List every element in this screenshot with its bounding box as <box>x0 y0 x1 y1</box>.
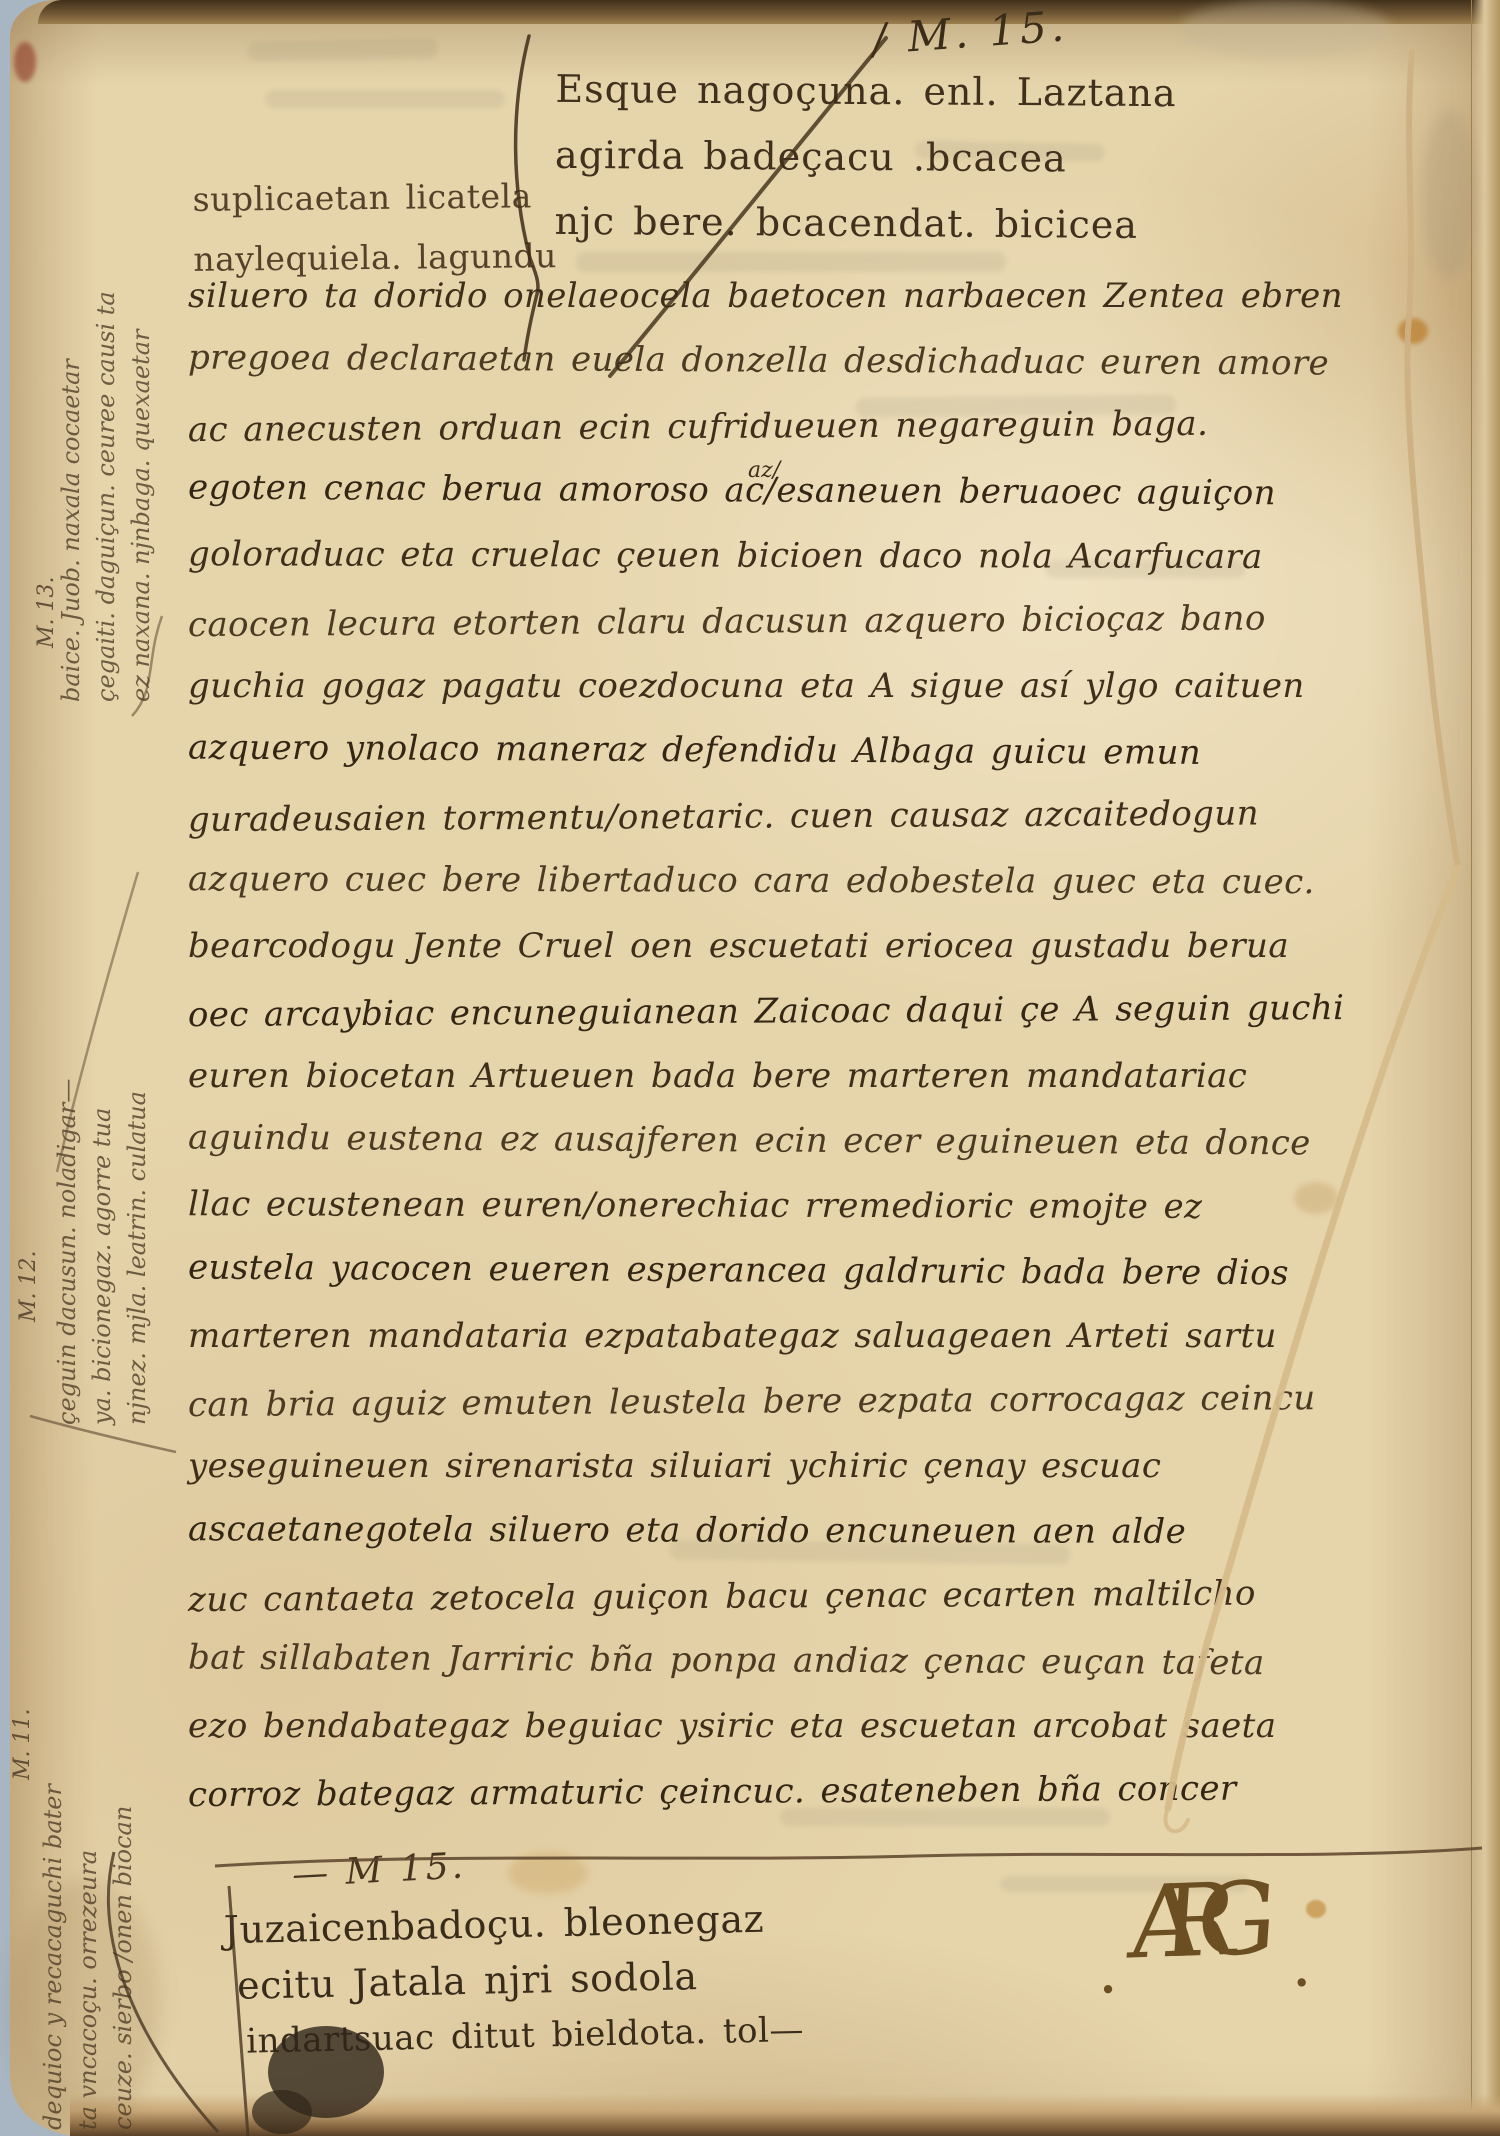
stain <box>508 1852 588 1894</box>
stain <box>14 42 36 82</box>
verse-left-block: suplicaetan licatela naylequiela. lagund… <box>192 166 557 290</box>
body-line: guradeusaien tormentu/onetaric. cuen cau… <box>188 792 1500 865</box>
body-line: ascaetanegotela siluero eta dorido encun… <box>188 1509 1500 1577</box>
margin-note-group-2: çeguin dacusun. noladigar— ya. bicionega… <box>50 945 155 1425</box>
verse-left-line: suplicaetan licatela <box>192 166 556 230</box>
interlinear-insertion: az/ <box>748 458 780 483</box>
body-line: can bria aguiz emuten leustela bere ezpa… <box>188 1377 1500 1450</box>
body-line: oec arcaybiac encuneguianean Zaicoac daq… <box>188 987 1500 1060</box>
bleed-through-mark <box>248 38 438 61</box>
margin-note-label-2: M. 12. <box>16 1251 41 1323</box>
stain <box>1422 110 1476 280</box>
body-line: caocen lecura etorten claru dacusun azqu… <box>188 597 1500 670</box>
monogram-signature: .ARG. <box>1094 1858 1313 2008</box>
margin-note-group-1: baice. Juob. naxala cocaetar çegaiti. da… <box>54 210 159 702</box>
margin-note-line: çeguin dacusun. noladigar— <box>50 945 85 1425</box>
body-line: corroz bategaz armaturic çeincuc. esaten… <box>188 1767 1500 1840</box>
margin-note-label-1: M. 13. <box>34 577 59 649</box>
body-line: eustela yacocen eueren esperancea galdru… <box>188 1248 1500 1320</box>
stain <box>1180 0 1390 58</box>
verse-right-line: agirda badeçacu .bcacea <box>555 122 1177 192</box>
verse-right-line: njc bere. bcacendat. bicicea <box>554 188 1176 258</box>
body-line: llac ecustenean euren/onerechiac rremedi… <box>188 1184 1500 1252</box>
verse-right-line: Esque nagoçuna. enl. Laztana <box>555 56 1177 126</box>
margin-note-line: njnez. mjla. leatrin. culatua <box>120 945 155 1425</box>
folio-mark-bottom: — M 15. <box>291 1845 467 1895</box>
bleed-through-mark <box>265 90 505 108</box>
signature-dot: . <box>1096 1934 1119 2009</box>
margin-note-line: ta vncacoçu. orrezeura <box>71 1470 106 2130</box>
body-line: goloraduac eta cruelac çeuen bicioen dac… <box>188 534 1500 602</box>
body-line: ezo bendabategaz beguiac ysiric eta escu… <box>188 1706 1500 1771</box>
body-line: euren biocetan Artueuen bada bere marter… <box>188 1056 1500 1121</box>
body-line: guchia gogaz pagatu coezdocuna eta A sig… <box>188 666 1500 731</box>
body-line: siluero ta dorido onelaeocela baetocen n… <box>188 276 1500 341</box>
body-line: aguindu eustena ez ausajferen ecin ecer … <box>188 1118 1500 1190</box>
margin-note-line: ceuze. sierbo /onen biocan <box>106 1470 141 2130</box>
page-stack-edge-bottom <box>70 2094 1500 2136</box>
manuscript-page: suplicaetan licatela naylequiela. lagund… <box>10 0 1500 2136</box>
body-line: azquero ynolaco maneraz defendidu Albaga… <box>188 728 1500 800</box>
margin-note-line: baice. Juob. naxala cocaetar <box>54 210 89 702</box>
bottom-verse-line: indartsuac ditut bieldota. tol— <box>246 2002 805 2070</box>
signature-initials: ARG <box>1126 1861 1242 1982</box>
body-line: zuc cantaeta zetocela guiçon bacu çenac … <box>188 1572 1500 1645</box>
body-line: azquero cuec bere libertaduco cara edobe… <box>188 859 1500 927</box>
body-line: yeseguineuen sirenarista siluiari ychiri… <box>188 1446 1500 1511</box>
body-line: bat sillabaten Jarriric bña ponpa andiaz… <box>188 1638 1500 1710</box>
body-line: pregoea declaraetan euela donzella desdi… <box>188 338 1500 410</box>
body-line: bearcodogu Jente Cruel oen escuetati eri… <box>188 926 1500 991</box>
scanner-background: suplicaetan licatela naylequiela. lagund… <box>0 0 1500 2136</box>
body-line: ac anecusten orduan ecin cufridueuen neg… <box>188 402 1500 475</box>
verse-right-block: Esque nagoçuna. enl. Laztana agirda bade… <box>554 56 1177 258</box>
body-line: marteren mandataria ezpatabategaz saluag… <box>188 1316 1500 1381</box>
bottom-verse-block: Juzaicenbadoçu. bleonegaz ecitu Jatala n… <box>223 1890 804 2070</box>
margin-note-line: çegaiti. daguiçun. ceuree causi ta <box>89 210 124 702</box>
margin-note-line: dequioc y recacaguchi bater <box>36 1470 71 2130</box>
margin-note-label-3: M. 11. <box>10 1709 35 1781</box>
body-text-block: siluero ta dorido onelaeocela baetocen n… <box>188 276 1500 1836</box>
body-line: egoten cenac berua amoroso ac/esaneuen b… <box>188 468 1500 540</box>
margin-note-group-3: dequioc y recacaguchi bater ta vncacoçu.… <box>36 1470 141 2130</box>
signature-dot: . <box>1290 1927 1313 2002</box>
margin-note-line: ez naxana. njnbaga. quexaetar <box>124 210 159 702</box>
margin-note-line: ya. bicionegaz. agorre tua <box>85 945 120 1425</box>
